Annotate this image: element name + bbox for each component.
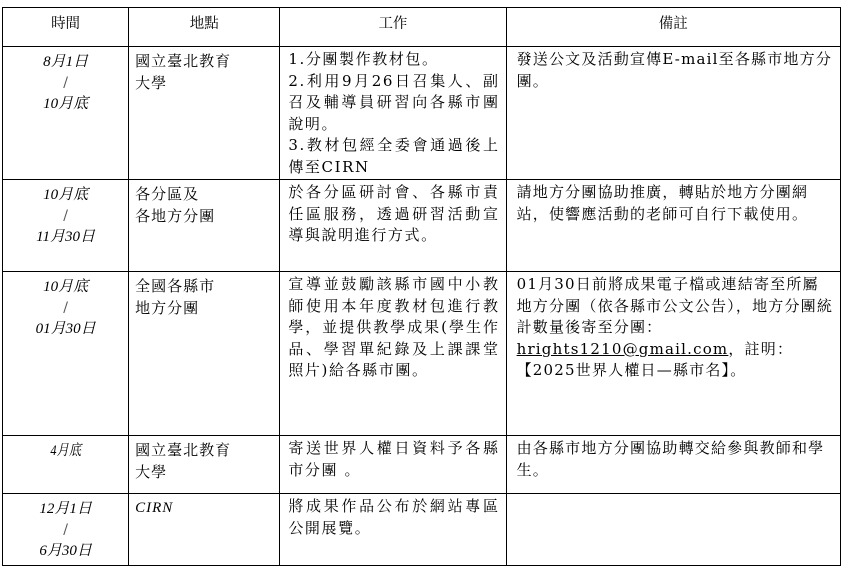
table-row: 8月1日 / 10月底 國立臺北教育 大學 1.分團製作教材包。 2.利用9月2… (3, 47, 841, 180)
time-start: 10月底 (43, 279, 88, 295)
work-cell: 將成果作品公布於網站專區公開展覽。 (280, 494, 506, 566)
note-cell: 由各縣市地方分團協助轉交給參與教師和學生。 (506, 436, 840, 494)
time-end: 10月底 (43, 96, 88, 112)
place-cell: 各分區及 各地方分團 (129, 180, 280, 272)
work-cell: 1.分團製作教材包。 2.利用9月26日召集人、副召及輔導員研習向各縣市團說明。… (280, 47, 506, 180)
work-item: 寄送世界人權日資料予各縣市分團 。 (280, 436, 505, 481)
work-item: 將成果作品公布於網站專區公開展覽。 (280, 494, 505, 539)
place-line: 大學 (135, 462, 273, 484)
email-link[interactable]: hrights1210@gmail.com (517, 340, 729, 358)
time-cell: 10月底 / 01月30日 (3, 272, 129, 436)
note-text: 由各縣市地方分團協助轉交給參與教師和學生。 (507, 436, 840, 481)
work-cell: 於各分區研討會、各縣市責任區服務，透過研習活動宣導與說明進行方式。 (280, 180, 506, 272)
place-cell: 國立臺北教育 大學 (129, 436, 280, 494)
header-note: 備註 (506, 8, 840, 47)
note-text: 發送公文及活動宣傳E-mail至各縣市地方分團。 (507, 47, 840, 92)
note-cell: 請地方分團協助推廣，轉貼於地方分團網站，使響應活動的老師可自行下載使用。 (506, 180, 840, 272)
note-cell: 發送公文及活動宣傳E-mail至各縣市地方分團。 (506, 47, 840, 180)
table-row: 4月底 國立臺北教育 大學 寄送世界人權日資料予各縣市分團 。 由各縣市地方分團… (3, 436, 841, 494)
work-item: 宣導並鼓勵該縣市國中小教師使用本年度教材包進行教學，並提供教學成果(學生作品、學… (280, 272, 505, 382)
place-cell: 全國各縣市 地方分團 (129, 272, 280, 436)
header-work: 工作 (280, 8, 506, 47)
time-end: 01月30日 (36, 321, 96, 337)
place-line: 全國各縣市 (135, 276, 273, 298)
time-end: 11月30日 (36, 229, 95, 245)
place-cell: 國立臺北教育 大學 (129, 47, 280, 180)
schedule-table: 時間 地點 工作 備註 8月1日 / 10月底 國立臺北教育 大學 1.分團製作… (2, 7, 841, 566)
time-separator: / (3, 73, 128, 93)
time-separator: / (3, 206, 128, 226)
note-text: 01月30日前將成果電子檔或連結寄至所屬地方分團（依各縣市公文公告），地方分團統… (517, 275, 834, 336)
time-end: 6月30日 (39, 543, 92, 559)
work-cell: 寄送世界人權日資料予各縣市分團 。 (280, 436, 506, 494)
time-separator: / (3, 298, 128, 318)
header-row: 時間 地點 工作 備註 (3, 8, 841, 47)
time-start: 4月底 (50, 441, 81, 462)
time-start: 12月1日 (39, 501, 92, 517)
work-item: 1.分團製作教材包。 (288, 49, 499, 71)
table-row: 10月底 / 01月30日 全國各縣市 地方分團 宣導並鼓勵該縣市國中小教師使用… (3, 272, 841, 436)
place-line: 國立臺北教育 (135, 440, 273, 462)
note-text (507, 494, 840, 496)
place-cell: CIRN (129, 494, 280, 566)
place-line: 各分區及 (135, 184, 273, 206)
time-cell: 8月1日 / 10月底 (3, 47, 129, 180)
work-item: 於各分區研討會、各縣市責任區服務，透過研習活動宣導與說明進行方式。 (280, 180, 505, 247)
time-cell: 10月底 / 11月30日 (3, 180, 129, 272)
table-row: 12月1日 / 6月30日 CIRN 將成果作品公布於網站專區公開展覽。 (3, 494, 841, 566)
place-line: 各地方分團 (135, 206, 273, 228)
note-text: 請地方分團協助推廣，轉貼於地方分團網站，使響應活動的老師可自行下載使用。 (507, 180, 840, 225)
note-cell (506, 494, 840, 566)
place-line: 大學 (135, 73, 273, 95)
time-cell: 12月1日 / 6月30日 (3, 494, 129, 566)
time-start: 8月1日 (43, 54, 88, 70)
time-start: 10月底 (43, 187, 88, 203)
work-item: 3.教材包經全委會通過後上傳至CIRN (288, 135, 499, 178)
time-cell: 4月底 (3, 436, 129, 494)
header-place: 地點 (129, 8, 280, 47)
work-item: 2.利用9月26日召集人、副召及輔導員研習向各縣市團說明。 (288, 71, 499, 136)
note-cell: 01月30日前將成果電子檔或連結寄至所屬地方分團（依各縣市公文公告），地方分團統… (506, 272, 840, 436)
time-separator: / (3, 520, 128, 540)
place-line: 國立臺北教育 (135, 51, 273, 73)
header-time: 時間 (3, 8, 129, 47)
table-row: 10月底 / 11月30日 各分區及 各地方分團 於各分區研討會、各縣市責任區服… (3, 180, 841, 272)
place-line: CIRN (135, 498, 273, 520)
place-line: 地方分團 (135, 298, 273, 320)
work-cell: 宣導並鼓勵該縣市國中小教師使用本年度教材包進行教學，並提供教學成果(學生作品、學… (280, 272, 506, 436)
